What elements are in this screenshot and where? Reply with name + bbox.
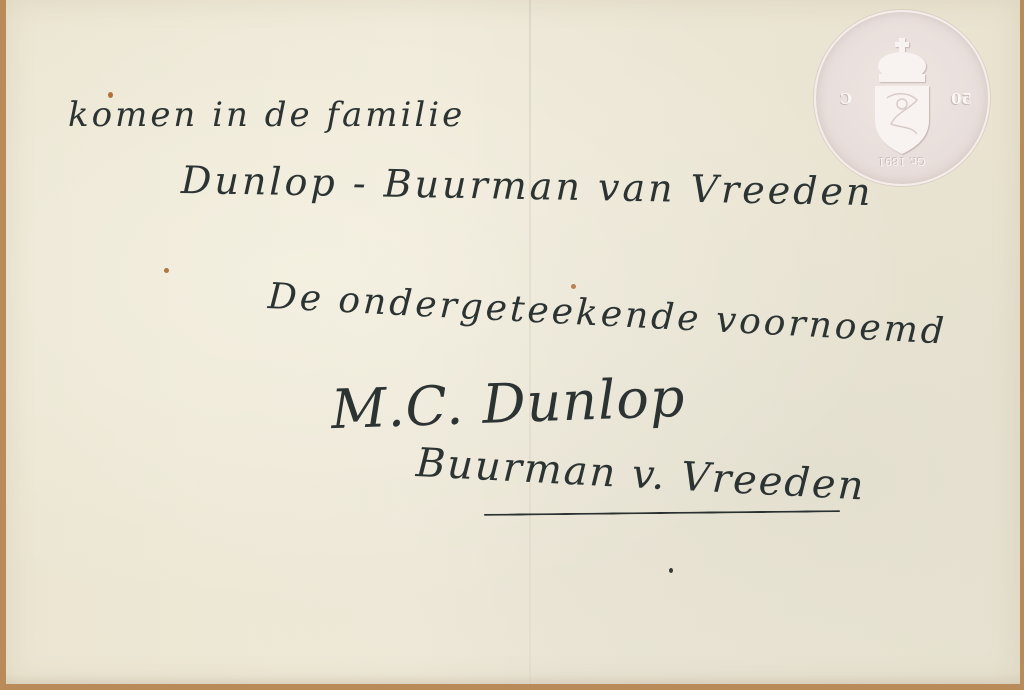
handwritten-line-1: komen in de familie [68,95,465,135]
signature-line-2: Buurman v. Vreeden [415,440,867,509]
embossed-seal: C 50 Gr. 1891 [814,10,990,186]
foxing-spot [164,268,169,273]
handwritten-line-3: De ondergeteekende voornoemd [267,276,948,353]
seal-right-mark: 50 [951,90,972,108]
seal-bottom-text: Gr. 1891 [878,155,926,168]
foxing-spot [571,284,576,289]
paper-bottom-edge [6,674,1020,684]
seal-left-mark: C [840,90,852,108]
signature-underline [484,510,840,516]
document-page: C 50 Gr. 1891 komen in de familie Dunlop… [6,0,1020,684]
signature-line-1: M.C. Dunlop [330,366,686,441]
ink-dot [669,568,673,573]
paper-fold [529,0,531,684]
coat-of-arms-icon [867,38,937,158]
handwritten-line-2: Dunlop - Buurman van Vreeden [181,158,874,214]
